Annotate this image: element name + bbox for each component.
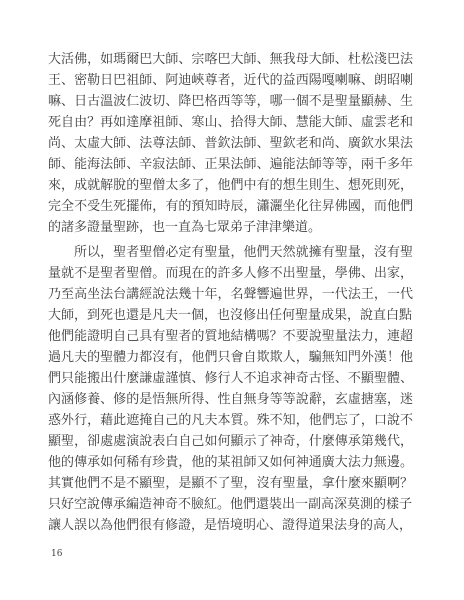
text-line: 所以，聖者聖僧必定有聖量，他們天然就擁有聖量，沒有聖	[48, 242, 413, 263]
text-line: 的諸多證量聖跡，也一直為七眾弟子津津樂道。	[48, 217, 413, 238]
text-line: 們只能搬出什麼謙虛謹慎、修行人不追求神奇古怪、不顯聖體、	[48, 368, 413, 389]
paragraph: 大活佛，如瑪爾巴大師、宗喀巴大師、無我母大師、杜松淺巴法王、密勒日巴祖師、阿迪峽…	[48, 49, 413, 238]
page-number: 16	[51, 548, 62, 560]
text-line: 師、能海法師、辛寂法師、正果法師、遍能法師等等，兩千多年	[48, 154, 413, 175]
text-line: 嘛、日古溫波仁波切、降巴格西等等，哪一個不是聖量顯赫、生	[48, 91, 413, 112]
text-line: 只好空說傳承編造神奇不臉紅。他們還裝出一副高深莫測的樣子，	[48, 494, 413, 515]
text-line: 量就不是聖者聖僧。而現在的許多人修不出聖量，學佛、出家，	[48, 263, 413, 284]
body-text: 大活佛，如瑪爾巴大師、宗喀巴大師、無我母大師、杜松淺巴法王、密勒日巴祖師、阿迪峽…	[48, 49, 413, 536]
text-line: 完全不受生死擺佈，有的預知時辰，瀟灑坐化往昇佛國，而他們	[48, 196, 413, 217]
text-line: 死自由？再如達摩祖師、寒山、拾得大師、慧能大師、虛雲老和	[48, 112, 413, 133]
text-line: 惑外行，藉此遮掩自己的凡夫本質。殊不知，他們忘了，口說不	[48, 410, 413, 431]
text-line: 顯聖，卻處處演說表白自己如何顯示了神奇，什麼傳承第幾代，	[48, 431, 413, 452]
document-page: 大活佛，如瑪爾巴大師、宗喀巴大師、無我母大師、杜松淺巴法王、密勒日巴祖師、阿迪峽…	[0, 0, 464, 600]
text-line: 王、密勒日巴祖師、阿迪峽尊者，近代的益西陽嘎喇嘛、朗昭喇	[48, 70, 413, 91]
text-line: 內涵修養、修的是悟無所得、性自無身等等說辭，玄虛搪塞，迷	[48, 389, 413, 410]
text-line: 尚、太虛大師、法尊法師、普欽法師、聖欽老和尚、廣欽水果法	[48, 133, 413, 154]
text-line: 乃至高坐法台講經說法幾十年，名聲響遍世界，一代法王，一代	[48, 284, 413, 305]
text-line: 其實他們不是不顯聖，是顯不了聖，沒有聖量，拿什麼來顯啊？	[48, 473, 413, 494]
paragraph: 所以，聖者聖僧必定有聖量，他們天然就擁有聖量，沒有聖量就不是聖者聖僧。而現在的許…	[48, 242, 413, 536]
text-line: 讓人誤以為他們很有修證，是悟境明心、證得道果法身的高人，	[48, 515, 413, 536]
text-line: 他的傳承如何稀有珍貴，他的某祖師又如何神通廣大法力無邊。	[48, 452, 413, 473]
text-line: 過凡夫的聖體力都沒有，他們只會自欺欺人，騙無知門外漢！他	[48, 347, 413, 368]
text-line: 來，成就解脫的聖僧太多了，他們中有的想生則生、想死則死，	[48, 175, 413, 196]
text-line: 他們能證明自己具有聖者的質地結構嗎？不要說聖量法力，連超	[48, 326, 413, 347]
text-line: 大師，到死也還是凡夫一個，也沒修出任何聖量成果，說直白點，	[48, 305, 413, 326]
text-line: 大活佛，如瑪爾巴大師、宗喀巴大師、無我母大師、杜松淺巴法	[48, 49, 413, 70]
